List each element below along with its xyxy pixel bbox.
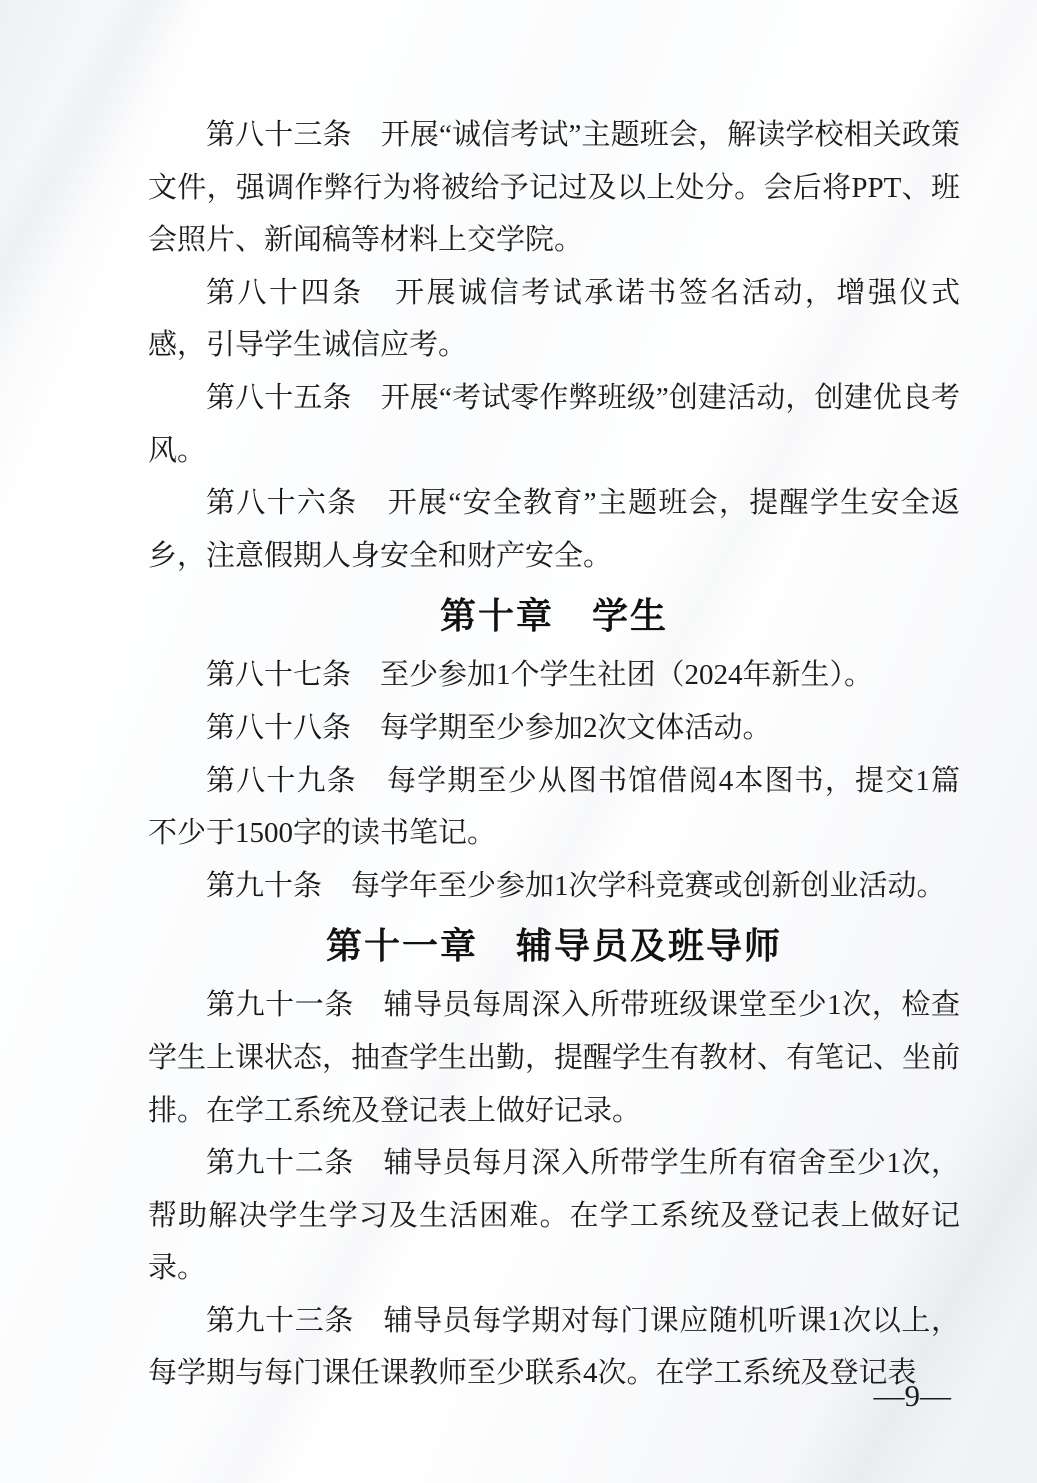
article-89-paragraph: 第八十九条 每学期至少从图书馆借阅4本图书，提交1篇不少于1500字的读书笔记。: [148, 755, 960, 860]
article-83-label: 第八十三条: [206, 119, 352, 151]
chapter-10-heading: 第十章 学生: [148, 589, 960, 642]
article-92-label: 第九十二条: [206, 1147, 354, 1179]
article-85-label: 第八十五条: [206, 382, 352, 414]
document-page: 第八十三条 开展“诚信考试”主题班会，解读学校相关政策文件，强调作弊行为将被给予…: [0, 0, 1037, 1483]
article-84-label: 第八十四条: [206, 277, 364, 309]
article-93-label: 第九十三条: [206, 1305, 354, 1337]
chapter-11-heading: 第十一章 辅导员及班导师: [148, 919, 960, 972]
article-87-text: 至少参加1个学生社团（2024年新生）。: [351, 659, 873, 691]
article-87-paragraph: 第八十七条 至少参加1个学生社团（2024年新生）。: [148, 649, 960, 702]
article-88-label: 第八十八条: [206, 712, 351, 744]
article-93-paragraph: 第九十三条 辅导员每学期对每门课应随机听课1次以上，每学期与每门课任课教师至少联…: [148, 1295, 960, 1400]
article-90-paragraph: 第九十条 每学年至少参加1次学科竞赛或创新创业活动。: [148, 860, 960, 913]
article-88-text: 每学期至少参加2次文体活动。: [351, 712, 772, 744]
article-88-paragraph: 第八十八条 每学期至少参加2次文体活动。: [148, 702, 960, 755]
page-number: —9—: [874, 1378, 952, 1414]
article-89-label: 第八十九条: [206, 765, 357, 797]
article-91-paragraph: 第九十一条 辅导员每周深入所带班级课堂至少1次，检查学生上课状态，抽查学生出勤，…: [148, 979, 960, 1137]
article-90-text: 每学年至少参加1次学科竞赛或创新创业活动。: [322, 870, 946, 902]
article-87-label: 第八十七条: [206, 659, 351, 691]
article-90-label: 第九十条: [206, 870, 322, 902]
document-content: 第八十三条 开展“诚信考试”主题班会，解读学校相关政策文件，强调作弊行为将被给予…: [148, 109, 960, 1400]
article-83-paragraph: 第八十三条 开展“诚信考试”主题班会，解读学校相关政策文件，强调作弊行为将被给予…: [148, 109, 960, 267]
article-91-label: 第九十一条: [206, 989, 354, 1021]
article-86-label: 第八十六条: [206, 487, 357, 519]
article-84-paragraph: 第八十四条 开展诚信考试承诺书签名活动，增强仪式感，引导学生诚信应考。: [148, 267, 960, 372]
article-86-paragraph: 第八十六条 开展“安全教育”主题班会，提醒学生安全返乡，注意假期人身安全和财产安…: [148, 477, 960, 582]
article-85-paragraph: 第八十五条 开展“考试零作弊班级”创建活动，创建优良考风。: [148, 372, 960, 477]
article-92-paragraph: 第九十二条 辅导员每月深入所带学生所有宿舍至少1次，帮助解决学生学习及生活困难。…: [148, 1137, 960, 1295]
